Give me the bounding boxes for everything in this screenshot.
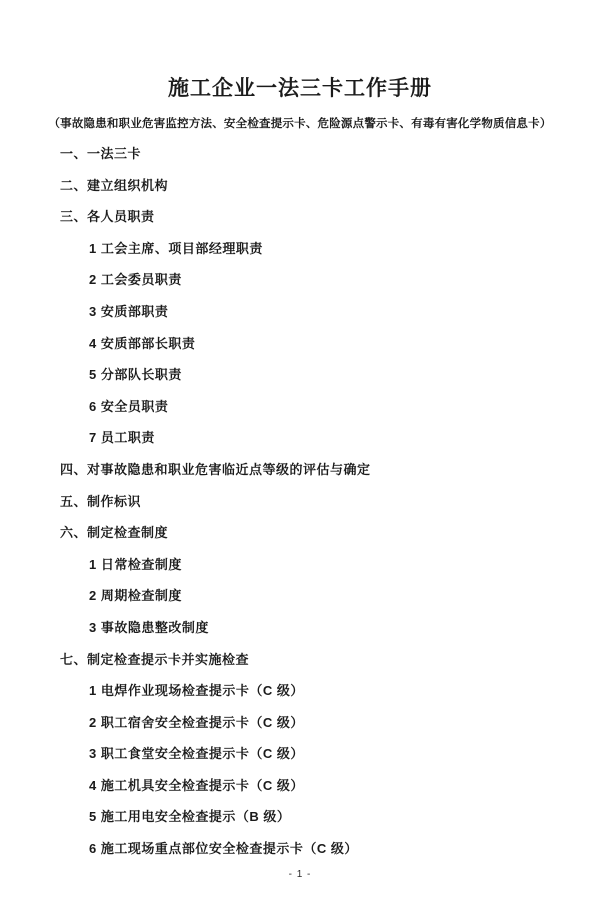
toc-item: 三、各人员职责	[0, 210, 600, 224]
page-title: 施工企业一法三卡工作手册	[0, 78, 600, 100]
toc-item: 5 施工用电安全检查提示（B 级）	[0, 810, 600, 824]
toc-item: 一、一法三卡	[0, 147, 600, 161]
toc-item: 6 安全员职责	[0, 400, 600, 414]
toc-item: 1 电焊作业现场检查提示卡（C 级）	[0, 684, 600, 698]
page-number: - 1 -	[0, 869, 600, 880]
toc-item: 六、制定检查制度	[0, 526, 600, 540]
toc-item: 2 周期检查制度	[0, 589, 600, 603]
page-subtitle: （事故隐患和职业危害监控方法、安全检查提示卡、危险源点警示卡、有毒有害化学物质信…	[0, 117, 600, 131]
toc-item: 5 分部队长职责	[0, 368, 600, 382]
toc-item: 3 事故隐患整改制度	[0, 621, 600, 635]
toc-item: 七、制定检查提示卡并实施检查	[0, 653, 600, 667]
document-page: 施工企业一法三卡工作手册 （事故隐患和职业危害监控方法、安全检查提示卡、危险源点…	[0, 0, 600, 914]
toc-item: 4 施工机具安全检查提示卡（C 级）	[0, 779, 600, 793]
toc-item: 3 职工食堂安全检查提示卡（C 级）	[0, 747, 600, 761]
toc-item: 四、对事故隐患和职业危害临近点等级的评估与确定	[0, 463, 600, 477]
toc-item: 二、建立组织机构	[0, 179, 600, 193]
toc-item: 6 施工现场重点部位安全检查提示卡（C 级）	[0, 842, 600, 856]
toc-item: 7 员工职责	[0, 431, 600, 445]
toc-list: 一、一法三卡 二、建立组织机构 三、各人员职责 1 工会主席、项目部经理职责 2…	[0, 147, 600, 856]
toc-item: 3 安质部职责	[0, 305, 600, 319]
toc-item: 2 职工宿舍安全检查提示卡（C 级）	[0, 716, 600, 730]
toc-item: 1 工会主席、项目部经理职责	[0, 242, 600, 256]
toc-item: 1 日常检查制度	[0, 558, 600, 572]
toc-item: 4 安质部部长职责	[0, 337, 600, 351]
toc-item: 五、制作标识	[0, 495, 600, 509]
toc-item: 2 工会委员职责	[0, 273, 600, 287]
